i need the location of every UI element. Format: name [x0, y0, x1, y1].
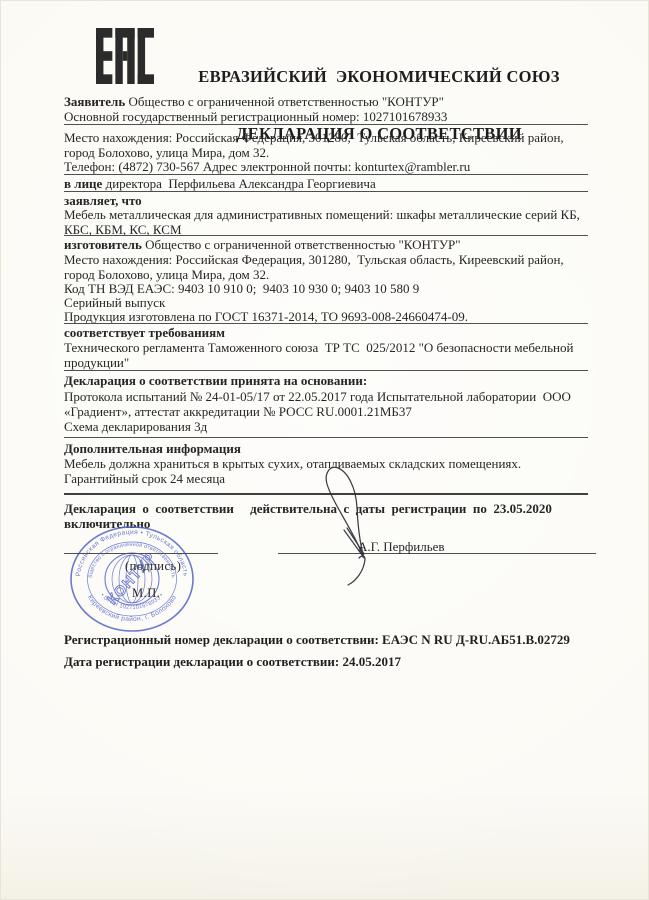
applicant-address-line-1: Место нахождения: Российская Федерация, … [64, 130, 594, 145]
manufacturer-name: Общество с ограниченной ответственностью… [142, 237, 461, 252]
representative-line: в лице директора Перфильева Александра Г… [64, 176, 594, 191]
divider-line [64, 493, 588, 495]
manufacturer-label: изготовитель [64, 237, 142, 252]
additional-info-line-2: Гарантийный срок 24 месяца [64, 471, 594, 486]
divider-line [64, 235, 588, 236]
applicant-label: Заявитель [64, 94, 125, 109]
serial-line: Серийный выпуск [64, 295, 594, 310]
divider-line [64, 191, 588, 192]
representative-name: директора Перфильева Александра Георгиев… [102, 176, 375, 191]
ogrn-line: Основной государственный регистрационный… [64, 109, 594, 124]
divider-line [64, 437, 588, 438]
applicant-name: Общество с ограниченной ответственностью… [125, 94, 444, 109]
company-stamp: Российская Федерация • Тульская область … [67, 524, 197, 634]
compliance-line-2: продукции" [64, 355, 594, 370]
signature-caption: (подпись) [125, 559, 181, 574]
declaration-scheme-line: Схема декларирования 3д [64, 419, 594, 434]
manufacturer-address-line-1: Место нахождения: Российская Федерация, … [64, 252, 594, 267]
basis-line-1: Протокола испытаний № 24-01-05/17 от 22.… [64, 389, 594, 404]
signature-line-left [64, 553, 218, 554]
product-line-1: Мебель металлическая для административны… [64, 207, 594, 222]
manufacturer-line: изготовитель Общество с ограниченной отв… [64, 237, 594, 252]
gost-line: Продукция изготовлена по ГОСТ 16371-2014… [64, 309, 594, 324]
divider-line [64, 370, 588, 371]
title-line-1: ЕВРАЗИЙСКИЙ ЭКОНОМИЧЕСКИЙ СОЮЗ [159, 67, 599, 86]
applicant-address-line-2: город Болохово, улица Мира, дом 32. [64, 145, 594, 160]
applicant-line: Заявитель Общество с ограниченной ответс… [64, 94, 594, 109]
compliance-label: соответствует требованиям [64, 325, 594, 340]
compliance-line-1: Технического регламента Таможенного союз… [64, 340, 594, 355]
declaration-document: ЕВРАЗИЙСКИЙ ЭКОНОМИЧЕСКИЙ СОЮЗ ДЕКЛАРАЦИ… [0, 0, 649, 900]
additional-info-line-1: Мебель должна храниться в крытых сухих, … [64, 456, 594, 471]
declares-label: заявляет, что [64, 193, 594, 208]
additional-info-label: Дополнительная информация [64, 441, 594, 456]
registration-number-line: Регистрационный номер декларации о соотв… [64, 632, 594, 647]
registration-date-line: Дата регистрации декларации о соответств… [64, 654, 594, 669]
tnved-code-line: Код ТН ВЭД ЕАЭС: 9403 10 910 0; 9403 10 … [64, 281, 594, 296]
basis-line-2: «Градиент», аттестат аккредитации № РОСС… [64, 404, 594, 419]
eac-logo-icon [96, 28, 154, 84]
divider-line [64, 124, 588, 125]
divider-line [64, 323, 588, 324]
applicant-phone-line: Телефон: (4872) 730-567 Адрес электронно… [64, 159, 594, 174]
validity-line-1: Декларация о соответствии действительна … [64, 501, 594, 516]
signatory-name: А.Г. Перфильев [358, 539, 445, 555]
manufacturer-address-line-2: город Болохово, улица Мира, дом 32. [64, 267, 594, 282]
representative-label: в лице [64, 176, 102, 191]
basis-label: Декларация о соответствии принята на осн… [64, 373, 594, 388]
divider-line [64, 174, 588, 175]
stamp-place-label: М.П. [132, 586, 160, 601]
